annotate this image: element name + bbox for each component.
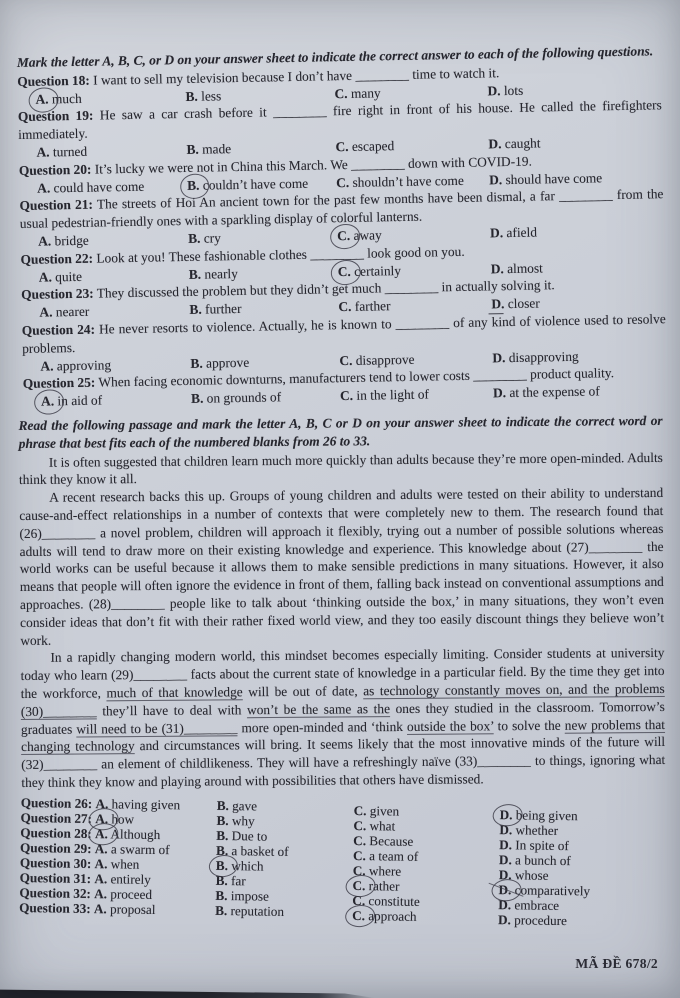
scanned-exam-page: Mark the letter A, B, C, or D on your an… — [0, 0, 680, 998]
option-letter: A. — [38, 232, 51, 250]
option-letter: D. — [499, 837, 512, 852]
pencil-underline: will need to be (31)________ — [76, 720, 237, 736]
option: C. where — [353, 863, 499, 880]
option-letter: C. — [354, 803, 367, 818]
option-letter: B. — [191, 390, 204, 408]
question-label: Question 19: — [18, 108, 94, 124]
answer-mark: D. — [498, 882, 511, 897]
answer-mark: B. — [187, 176, 200, 194]
option-letter: D. — [493, 384, 506, 402]
option-letter: B. — [190, 354, 203, 372]
option-letter: D. — [498, 912, 511, 927]
answer-mark: A. — [41, 393, 54, 411]
option-letter: A. — [39, 304, 52, 322]
question-label: Question 32: — [19, 885, 91, 901]
passage-paragraph: It is often suggested that children lear… — [19, 448, 663, 489]
question-grid-26-33: Question 26: A. having givenB. gaveC. gi… — [19, 795, 665, 925]
answer-mark: C. — [338, 263, 351, 281]
answer-mark: A. — [95, 811, 108, 826]
option-letter: A. — [40, 357, 53, 375]
option-letter: C. — [334, 85, 347, 103]
option-letter: D. — [491, 260, 504, 278]
option: B. why — [216, 813, 353, 830]
option-letter: B. — [185, 87, 198, 105]
option-letter: C. — [353, 818, 366, 833]
option: C. a team of — [353, 848, 499, 865]
answer-mark: C. — [352, 878, 365, 893]
question-label: Question 18: — [17, 72, 90, 88]
answer-mark: A. — [35, 90, 48, 108]
question-label: Question 23: — [21, 286, 94, 302]
reading-passage: It is often suggested that children lear… — [19, 448, 666, 791]
option: C. away — [337, 224, 490, 245]
question-label: Question 27: — [20, 810, 92, 826]
option: C. given — [354, 803, 500, 820]
option-letter: A. — [39, 268, 52, 286]
answer-mark: C. — [337, 227, 350, 245]
option: B. impose — [215, 888, 352, 905]
option-letter: B. — [216, 813, 228, 828]
option-letter: D. — [492, 349, 505, 367]
option: B. which — [216, 858, 353, 875]
scan-edge-shadow — [0, 986, 375, 998]
passage-paragraph: A recent research backs this up. Groups … — [19, 484, 664, 649]
option-letter: D. — [498, 897, 511, 912]
answer-mark: A. — [95, 826, 108, 841]
question-label: Question 26: — [21, 795, 93, 811]
question-list-18-25: Question 18: I want to sell my televisio… — [17, 61, 667, 411]
option: D. disapproving — [492, 346, 666, 367]
question-label: Question 33: — [19, 900, 91, 916]
option-letter: A. — [36, 143, 49, 161]
option-letter: B. — [189, 265, 202, 283]
option: B. reputation — [215, 903, 352, 920]
option-letter: D. — [499, 852, 512, 867]
option: B. a basket of — [216, 843, 353, 860]
option-letter: B. — [215, 903, 227, 918]
question-label: Question 29: — [20, 840, 92, 856]
passage-paragraph: In a rapidly changing modern world, this… — [20, 644, 665, 791]
option-letter: D. — [488, 135, 501, 153]
section2-instructions: Read the following passage and mark the … — [19, 412, 663, 453]
answer-mark: B. — [216, 858, 228, 873]
question-label: Question 28: — [20, 825, 92, 841]
option-letter: B. — [217, 798, 229, 813]
option-letter: D. — [487, 82, 500, 100]
pencil-underline: outside the box’ — [407, 718, 494, 734]
pencil-underline: won’t be the same as the — [247, 701, 390, 717]
option: C. rather — [352, 878, 498, 895]
option: B. gave — [217, 798, 354, 815]
option-letter: C. — [353, 848, 366, 863]
option-letter: C. — [338, 298, 351, 316]
option: C. constitute — [352, 893, 498, 910]
option-letter: B. — [216, 873, 228, 888]
option-letter: C. — [336, 174, 349, 192]
question-label: Question 25: — [23, 375, 96, 391]
option: A. in aid of — [41, 390, 191, 411]
option: D. afield — [490, 221, 664, 242]
answer-mark: C. — [352, 908, 365, 923]
answer-mark: D. — [500, 807, 513, 822]
option: Question 33: A. proposal — [19, 900, 215, 918]
option: B. Due to — [216, 828, 353, 845]
option-letter: C. — [335, 138, 348, 156]
option: D. almost — [491, 257, 665, 278]
option-letter: A. — [95, 856, 108, 871]
option-letter: A. — [95, 796, 108, 811]
question-label: Question 22: — [20, 250, 93, 266]
option: D. at the expense of — [493, 381, 667, 402]
option: D. procedure — [498, 912, 663, 929]
option-letter: C. — [353, 863, 366, 878]
option-letter: B. — [189, 301, 202, 319]
question-label: Question 30: — [20, 855, 92, 871]
multiple-choice-section: Mark the letter A, B, C, or D on your an… — [17, 42, 667, 411]
option: B. on grounds of — [191, 387, 340, 408]
question-label: Question 20: — [19, 161, 92, 177]
question-label: Question 24: — [22, 322, 95, 338]
option-letter: C. — [352, 893, 365, 908]
option: C. what — [353, 818, 499, 835]
option-letter: C. — [353, 833, 366, 848]
pencil-underline: much of that knowledge — [106, 684, 242, 700]
option-letter: B. — [188, 230, 201, 248]
option: C. approach — [352, 908, 498, 925]
option-letter: A. — [94, 871, 107, 886]
option-letter: B. — [216, 828, 228, 843]
option: C. Because — [353, 833, 499, 850]
option-letter: B. — [186, 141, 199, 159]
option-letter: D. — [499, 867, 512, 882]
option-letter: B. — [216, 843, 228, 858]
option-letter: A. — [94, 886, 107, 901]
option-letter: B. — [215, 888, 227, 903]
question-label: Question 21: — [19, 197, 93, 213]
cloze-section: Read the following passage and mark the … — [19, 412, 666, 792]
option-letter: C. — [339, 351, 352, 369]
option-letter: A. — [37, 179, 50, 197]
option: C. in the light of — [340, 385, 493, 406]
option-letter: A. — [95, 841, 108, 856]
option-letter: C. — [340, 387, 353, 405]
option: D. caught — [488, 132, 662, 153]
option: B. far — [216, 873, 353, 890]
option-letter: D. — [499, 822, 512, 837]
option-letter: D. — [489, 171, 502, 189]
answer-mark: D. — [491, 295, 504, 313]
option-letter: A. — [94, 901, 107, 916]
exam-code: MÃ ĐỀ 678/2 — [575, 956, 658, 972]
option-letter: D. — [490, 224, 503, 242]
question-label: Question 31: — [20, 870, 92, 886]
page-content: Mark the letter A, B, C, or D on your an… — [0, 0, 680, 915]
